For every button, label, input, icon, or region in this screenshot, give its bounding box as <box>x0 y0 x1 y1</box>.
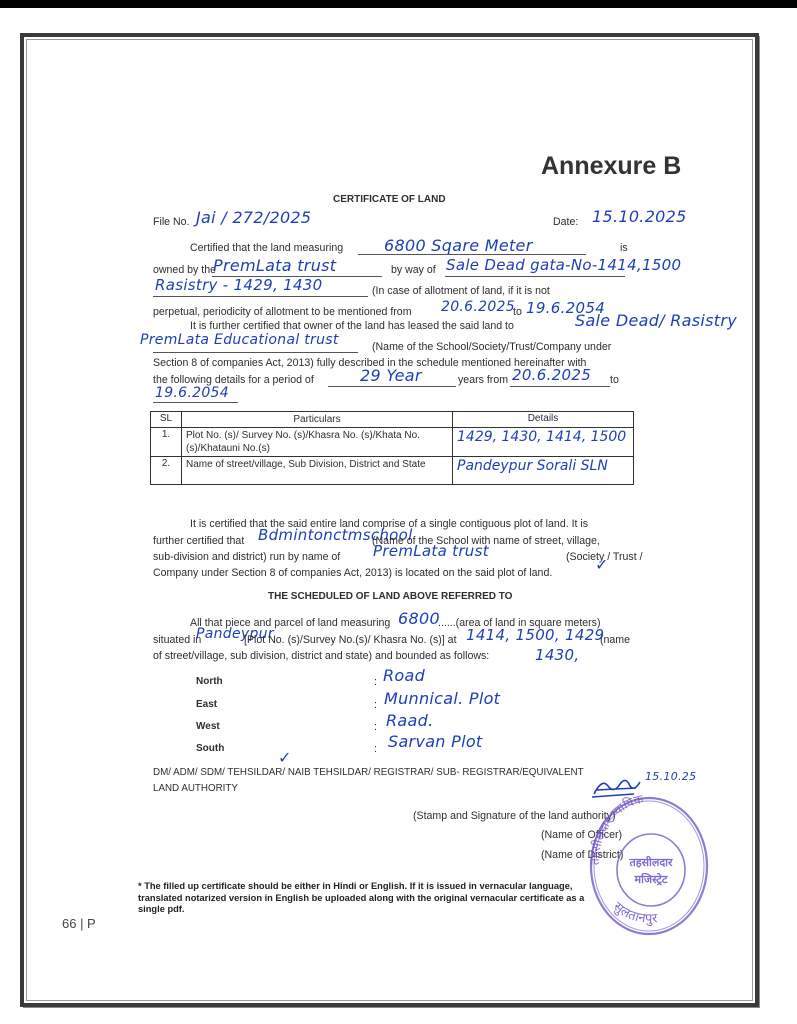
para3-text4: sub-division and district) run by name o… <box>153 551 340 563</box>
header-sl: SL <box>151 412 182 428</box>
check-mark-icon: ✓ <box>595 555 608 575</box>
schedule-area-value: 6800 <box>398 609 440 628</box>
para2-text5: years from <box>458 374 508 386</box>
row-sl: 1. <box>151 428 182 457</box>
para4-text6: of street/village, sub division, distric… <box>153 650 489 662</box>
para3-text6: Company under Section 8 of companies Act… <box>153 567 552 579</box>
table-row: 1. Plot No. (s)/ Survey No. (s)/Khasra N… <box>151 428 634 457</box>
boundary-value-west: Raad. <box>386 711 433 730</box>
para4-text3: situated in <box>153 634 201 646</box>
para1-text7: to <box>513 306 522 318</box>
para1-text1: Certified that the land measuring <box>190 242 343 254</box>
para2-text6: to <box>610 374 619 386</box>
boundary-direction-east: East <box>196 699 217 710</box>
lease-period-value: 29 Year <box>360 366 422 385</box>
way-of-value: Sale Dead gata-No-1414,1500 <box>446 256 681 274</box>
para4-text5: (name <box>600 634 630 646</box>
row-particulars: Name of street/village, Sub Division, Di… <box>182 457 453 485</box>
official-stamp-icon: तहसीलदार न्यायिक तहसीलदार मजिस्ट्रेट सुल… <box>585 790 710 940</box>
para4-text4: [Plot No. (s)/Survey No.(s)/ Khasra No. … <box>244 634 457 646</box>
land-details-table: SL Particulars Details 1. Plot No. (s)/ … <box>150 411 634 485</box>
para2-text2: (Name of the School/Society/Trust/Compan… <box>372 341 611 353</box>
page-number: 66 | P <box>62 916 96 931</box>
para2-text1: It is further certified that owner of th… <box>190 320 514 332</box>
top-black-bar <box>0 0 797 8</box>
para1-text3: owned by the <box>153 264 216 276</box>
way-of-value-cont: Rasistry - 1429, 1430 <box>155 276 322 294</box>
run-by-value: PremLata trust <box>373 542 489 560</box>
para1-text6: perpetual, periodicity of allotment to b… <box>153 306 412 318</box>
svg-text:तहसीलदार: तहसीलदार <box>628 855 673 869</box>
annexure-title: Annexure B <box>541 152 681 181</box>
table-header-row: SL Particulars Details <box>151 412 634 428</box>
lease-to-value: 19.6.2054 <box>155 385 229 401</box>
para1-text2: is <box>620 242 628 254</box>
schedule-heading: THE SCHEDULED OF LAND ABOVE REFERRED TO <box>268 591 512 602</box>
row-particulars: Plot No. (s)/ Survey No. (s)/Khasra No. … <box>182 428 453 457</box>
schedule-plots-value-cont: 1430, <box>535 646 579 664</box>
date-value: 15.10.2025 <box>592 207 687 226</box>
land-area-value: 6800 Sqare Meter <box>384 236 533 255</box>
date-label: Date: <box>553 216 578 228</box>
footnote: * The filled up certificate should be ei… <box>138 881 608 916</box>
allotment-from-value: 20.6.2025 <box>441 299 515 315</box>
file-no-label: File No. <box>153 216 190 228</box>
header-details: Details <box>453 412 634 428</box>
table-row: 2. Name of street/village, Sub Division,… <box>151 457 634 485</box>
row-sl: 2. <box>151 457 182 485</box>
boundary-value-east: Munnical. Plot <box>384 689 500 708</box>
lessee-value-cont: PremLata Educational trust <box>140 332 339 348</box>
certificate-heading: CERTIFICATE OF LAND <box>333 194 446 205</box>
row-details: Pandeypur Sorali SLN <box>453 457 634 485</box>
boundary-direction-north: North <box>196 676 223 687</box>
boundary-value-south: Sarvan Plot <box>388 732 483 751</box>
boundary-direction-west: West <box>196 721 220 732</box>
authority-line-2: LAND AUTHORITY <box>153 783 238 794</box>
para1-text5: (In case of allotment of land, if it is … <box>372 285 550 297</box>
owner-value: PremLata trust <box>213 256 336 275</box>
authority-line-1: DM/ ADM/ SDM/ TEHSILDAR/ NAIB TEHSILDAR/… <box>153 767 584 778</box>
lease-from-value: 20.6.2025 <box>512 366 591 384</box>
svg-text:तहसीलदार न्यायिक: तहसीलदार न्यायिक <box>588 792 645 865</box>
schedule-plots-value: 1414, 1500, 1429 <box>466 626 604 644</box>
svg-text:मजिस्ट्रेट: मजिस्ट्रेट <box>634 872 668 886</box>
boundary-direction-south: South <box>196 743 224 754</box>
boundary-value-north: Road <box>383 666 425 685</box>
check-mark-icon: ✓ <box>278 748 291 768</box>
lessee-value: Sale Dead/ Rasistry <box>575 311 737 330</box>
header-particulars: Particulars <box>182 412 453 428</box>
para1-text4: by way of <box>391 264 436 276</box>
para3-text2: further certified that <box>153 535 244 547</box>
file-no-value: Jai / 272/2025 <box>196 208 311 227</box>
signature-date: 15.10.25 <box>645 770 696 783</box>
row-details: 1429, 1430, 1414, 1500 <box>453 428 634 457</box>
